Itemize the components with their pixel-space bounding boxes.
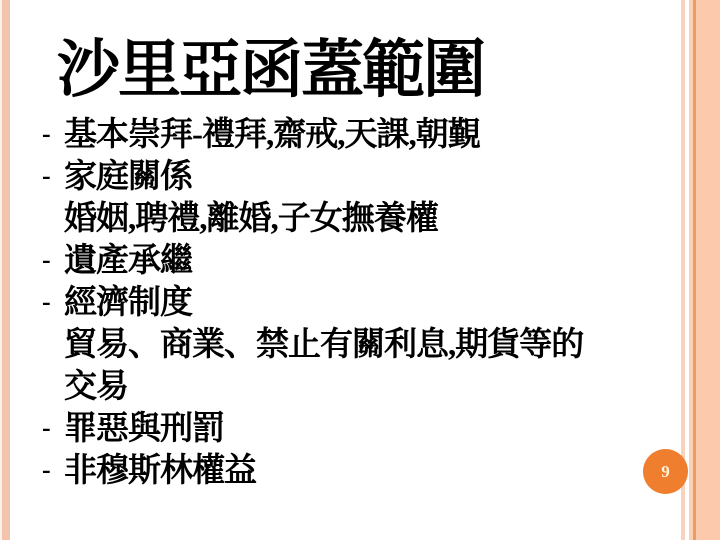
bullet-text: 基本崇拜-禮拜,齋戒,天課,朝覲 <box>64 114 480 156</box>
bullet-text: 非穆斯林權益 <box>64 450 256 492</box>
right-accent-band <box>696 0 720 540</box>
bullet-continuation: 婚姻,聘禮,離婚,子女撫養權 <box>42 198 642 240</box>
bullet-text: 遺產承繼 <box>64 240 192 282</box>
bullet-continuation: 交易 <box>42 366 642 408</box>
bullet-dash: - <box>42 114 64 156</box>
bullet-dash: - <box>42 450 64 492</box>
bullet-indent <box>42 366 64 408</box>
bullet-text: 婚姻,聘禮,離婚,子女撫養權 <box>64 198 438 240</box>
presentation-slide: 沙里亞函蓋範圍 - 基本崇拜-禮拜,齋戒,天課,朝覲 - 家庭關係 婚姻,聘禮,… <box>0 0 720 540</box>
bullet-text: 家庭關係 <box>64 156 192 198</box>
bullet-item: - 罪惡與刑罰 <box>42 408 642 450</box>
page-number: 9 <box>661 462 670 482</box>
bullet-continuation: 貿易、商業、禁止有關利息,期貨等的 <box>42 324 642 366</box>
bullet-item: - 非穆斯林權益 <box>42 450 642 492</box>
bullet-indent <box>42 324 64 366</box>
bullet-dash: - <box>42 282 64 324</box>
slide-title: 沙里亞函蓋範圍 <box>57 34 484 106</box>
bullet-item: - 基本崇拜-禮拜,齋戒,天課,朝覲 <box>42 114 642 156</box>
bullet-dash: - <box>42 240 64 282</box>
bullet-item: - 遺產承繼 <box>42 240 642 282</box>
left-accent-stripe <box>2 0 10 540</box>
bullet-text: 交易 <box>64 366 128 408</box>
bullet-dash: - <box>42 156 64 198</box>
bullet-text: 貿易、商業、禁止有關利息,期貨等的 <box>64 324 583 366</box>
bullet-text: 罪惡與刑罰 <box>64 408 224 450</box>
slide-body: - 基本崇拜-禮拜,齋戒,天課,朝覲 - 家庭關係 婚姻,聘禮,離婚,子女撫養權… <box>42 114 642 492</box>
bullet-text: 經濟制度 <box>64 282 192 324</box>
bullet-item: - 家庭關係 <box>42 156 642 198</box>
bullet-dash: - <box>42 408 64 450</box>
bullet-indent <box>42 198 64 240</box>
bullet-item: - 經濟制度 <box>42 282 642 324</box>
page-number-badge: 9 <box>643 449 688 494</box>
